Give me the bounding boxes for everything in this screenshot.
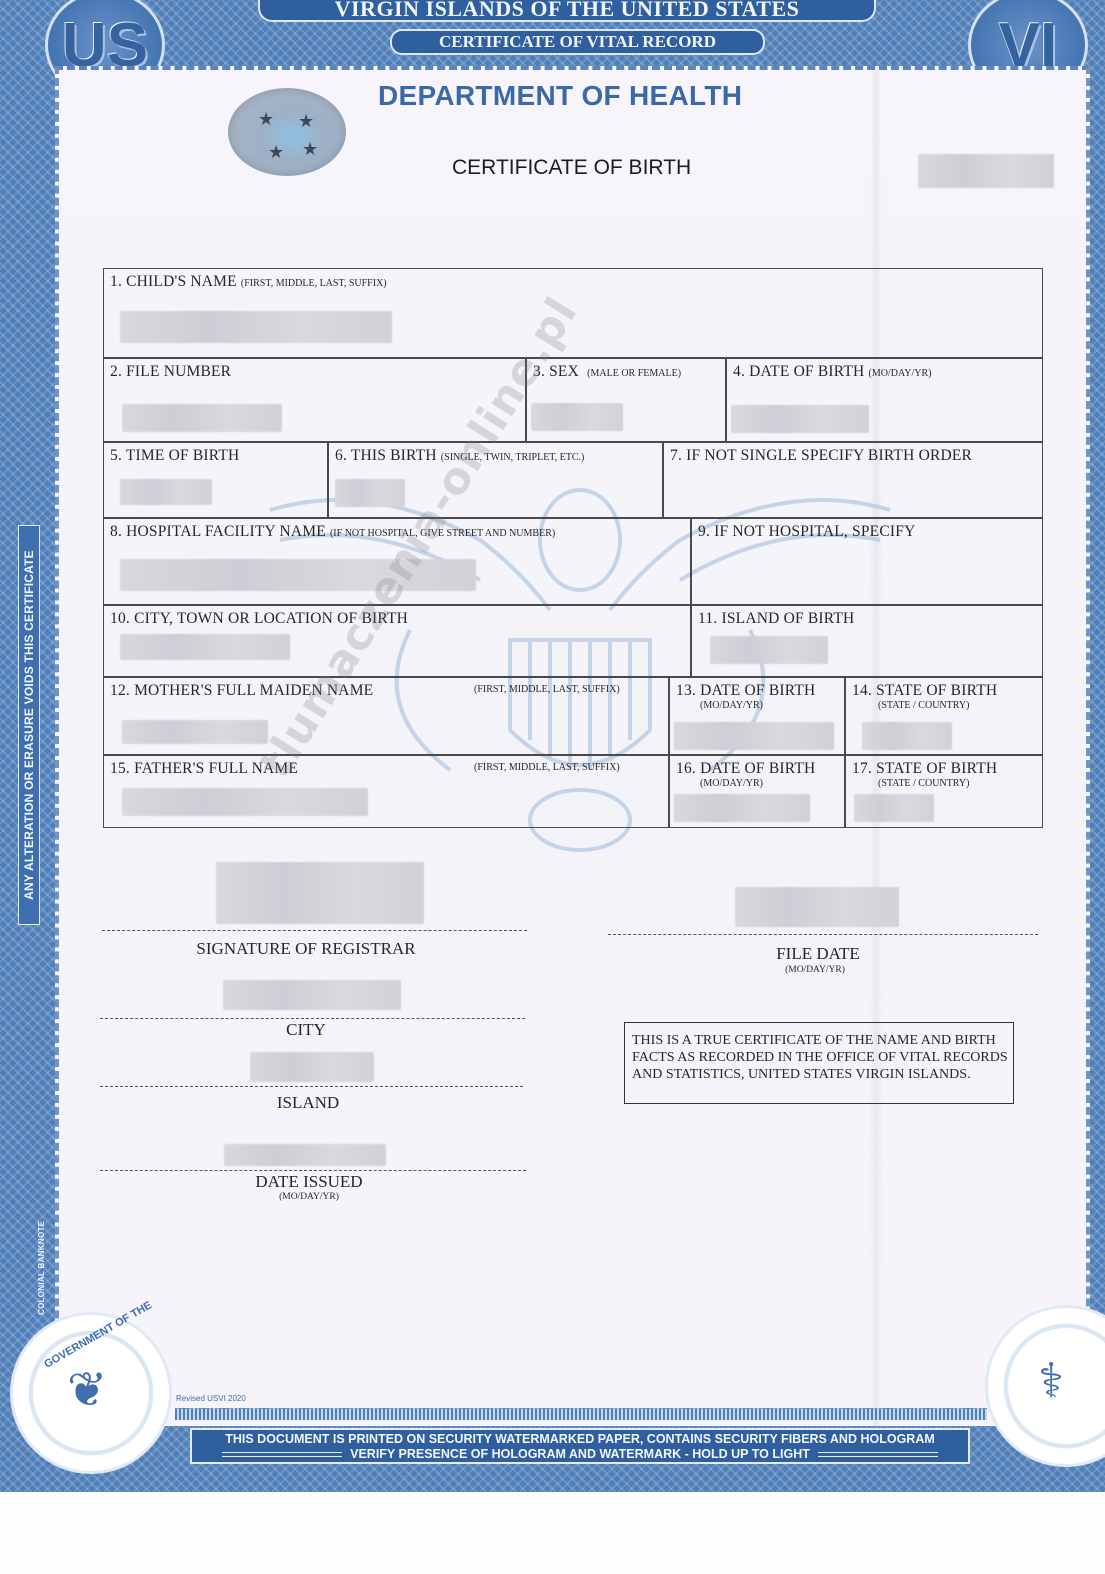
redacted-city (223, 980, 401, 1010)
field-father-state: 17. STATE OF BIRTH (STATE / COUNTRY) (845, 755, 1043, 828)
banner-subtitle: CERTIFICATE OF VITAL RECORD (390, 29, 765, 55)
file-date-label: FILE DATE (600, 944, 1036, 964)
star-icon: ★ (258, 110, 274, 128)
star-icon: ★ (298, 112, 314, 130)
field-father-dob: 16. DATE OF BIRTH (MO/DAY/YR) (669, 755, 845, 828)
field-sex: 3. SEX (MALE OR FEMALE) (526, 358, 726, 442)
redacted-value (120, 311, 392, 343)
file-date-line (608, 934, 1038, 935)
printer-imprint: COLONIAL BANKNOTE (37, 1205, 49, 1315)
redacted-island (250, 1052, 374, 1082)
star-icon: ★ (302, 140, 318, 158)
redacted-value (335, 479, 405, 507)
bird-island-icon: ❦ (67, 1367, 107, 1415)
department-title: DEPARTMENT OF HEALTH (378, 80, 742, 112)
redacted-value (120, 479, 212, 505)
redacted-value (531, 403, 623, 431)
redacted-value (674, 722, 834, 750)
field-father-name: 15. FATHER'S FULL NAME (FIRST, MIDDLE, L… (103, 755, 669, 828)
field-mother-name: 12. MOTHER'S FULL MAIDEN NAME (FIRST, MI… (103, 677, 669, 755)
field-island-of-birth: 11. ISLAND OF BIRTH (691, 605, 1043, 677)
caduceus-icon: ⚕ (1038, 1358, 1064, 1406)
redacted-value (120, 634, 290, 660)
island-line (100, 1086, 523, 1087)
field-date-of-birth: 4. DATE OF BIRTH (MO/DAY/YR) (726, 358, 1043, 442)
redacted-value (674, 794, 810, 822)
signature-line (102, 930, 527, 931)
city-line (100, 1018, 525, 1019)
redacted-value (854, 794, 934, 822)
date-issued-hint: (MO/DAY/YR) (100, 1192, 518, 1202)
footer-border (175, 1408, 987, 1420)
registrar-label: SIGNATURE OF REGISTRAR (102, 939, 510, 959)
redacted-value (731, 405, 869, 433)
date-issued-label: DATE ISSUED (100, 1172, 518, 1192)
field-if-not-hospital: 9. IF NOT HOSPITAL, SPECIFY (691, 518, 1043, 605)
redacted-date-issued (224, 1144, 386, 1166)
hologram-seal: ★ ★ ★ ★ (228, 88, 346, 176)
field-mother-state: 14. STATE OF BIRTH (STATE / COUNTRY) (845, 677, 1043, 755)
government-seal: ❦ GOVERNMENT OF THE (10, 1312, 172, 1474)
redacted-signature (216, 862, 424, 924)
redacted-value (122, 720, 268, 744)
attestation-box: THIS IS A TRUE CERTIFICATE OF THE NAME A… (624, 1022, 1014, 1104)
field-time-of-birth: 5. TIME OF BIRTH (103, 442, 328, 518)
security-notice: THIS DOCUMENT IS PRINTED ON SECURITY WAT… (190, 1428, 970, 1464)
redacted-value (122, 404, 282, 432)
redacted-value (862, 722, 952, 750)
alteration-warning: ANY ALTERATION OR ERASURE VOIDS THIS CER… (18, 525, 40, 925)
redacted-value (710, 636, 828, 664)
field-mother-dob: 13. DATE OF BIRTH (MO/DAY/YR) (669, 677, 845, 755)
file-date-hint: (MO/DAY/YR) (600, 965, 1030, 975)
certificate-title: CERTIFICATE OF BIRTH (452, 156, 691, 180)
city-label: CITY (100, 1020, 512, 1040)
date-issued-line (100, 1170, 526, 1171)
redacted-certificate-number (918, 154, 1054, 188)
island-label: ISLAND (100, 1093, 516, 1113)
banner-title: VIRGIN ISLANDS OF THE UNITED STATES (258, 0, 876, 22)
field-birth-order: 7. IF NOT SINGLE SPECIFY BIRTH ORDER (663, 442, 1043, 518)
redacted-value (122, 788, 368, 816)
star-icon: ★ (268, 143, 284, 161)
revision-note: Revised USVI 2020 (176, 1394, 246, 1403)
redacted-file-date (735, 887, 899, 927)
birth-record-form: 1. CHILD'S NAME (FIRST, MIDDLE, LAST, SU… (103, 268, 1043, 828)
